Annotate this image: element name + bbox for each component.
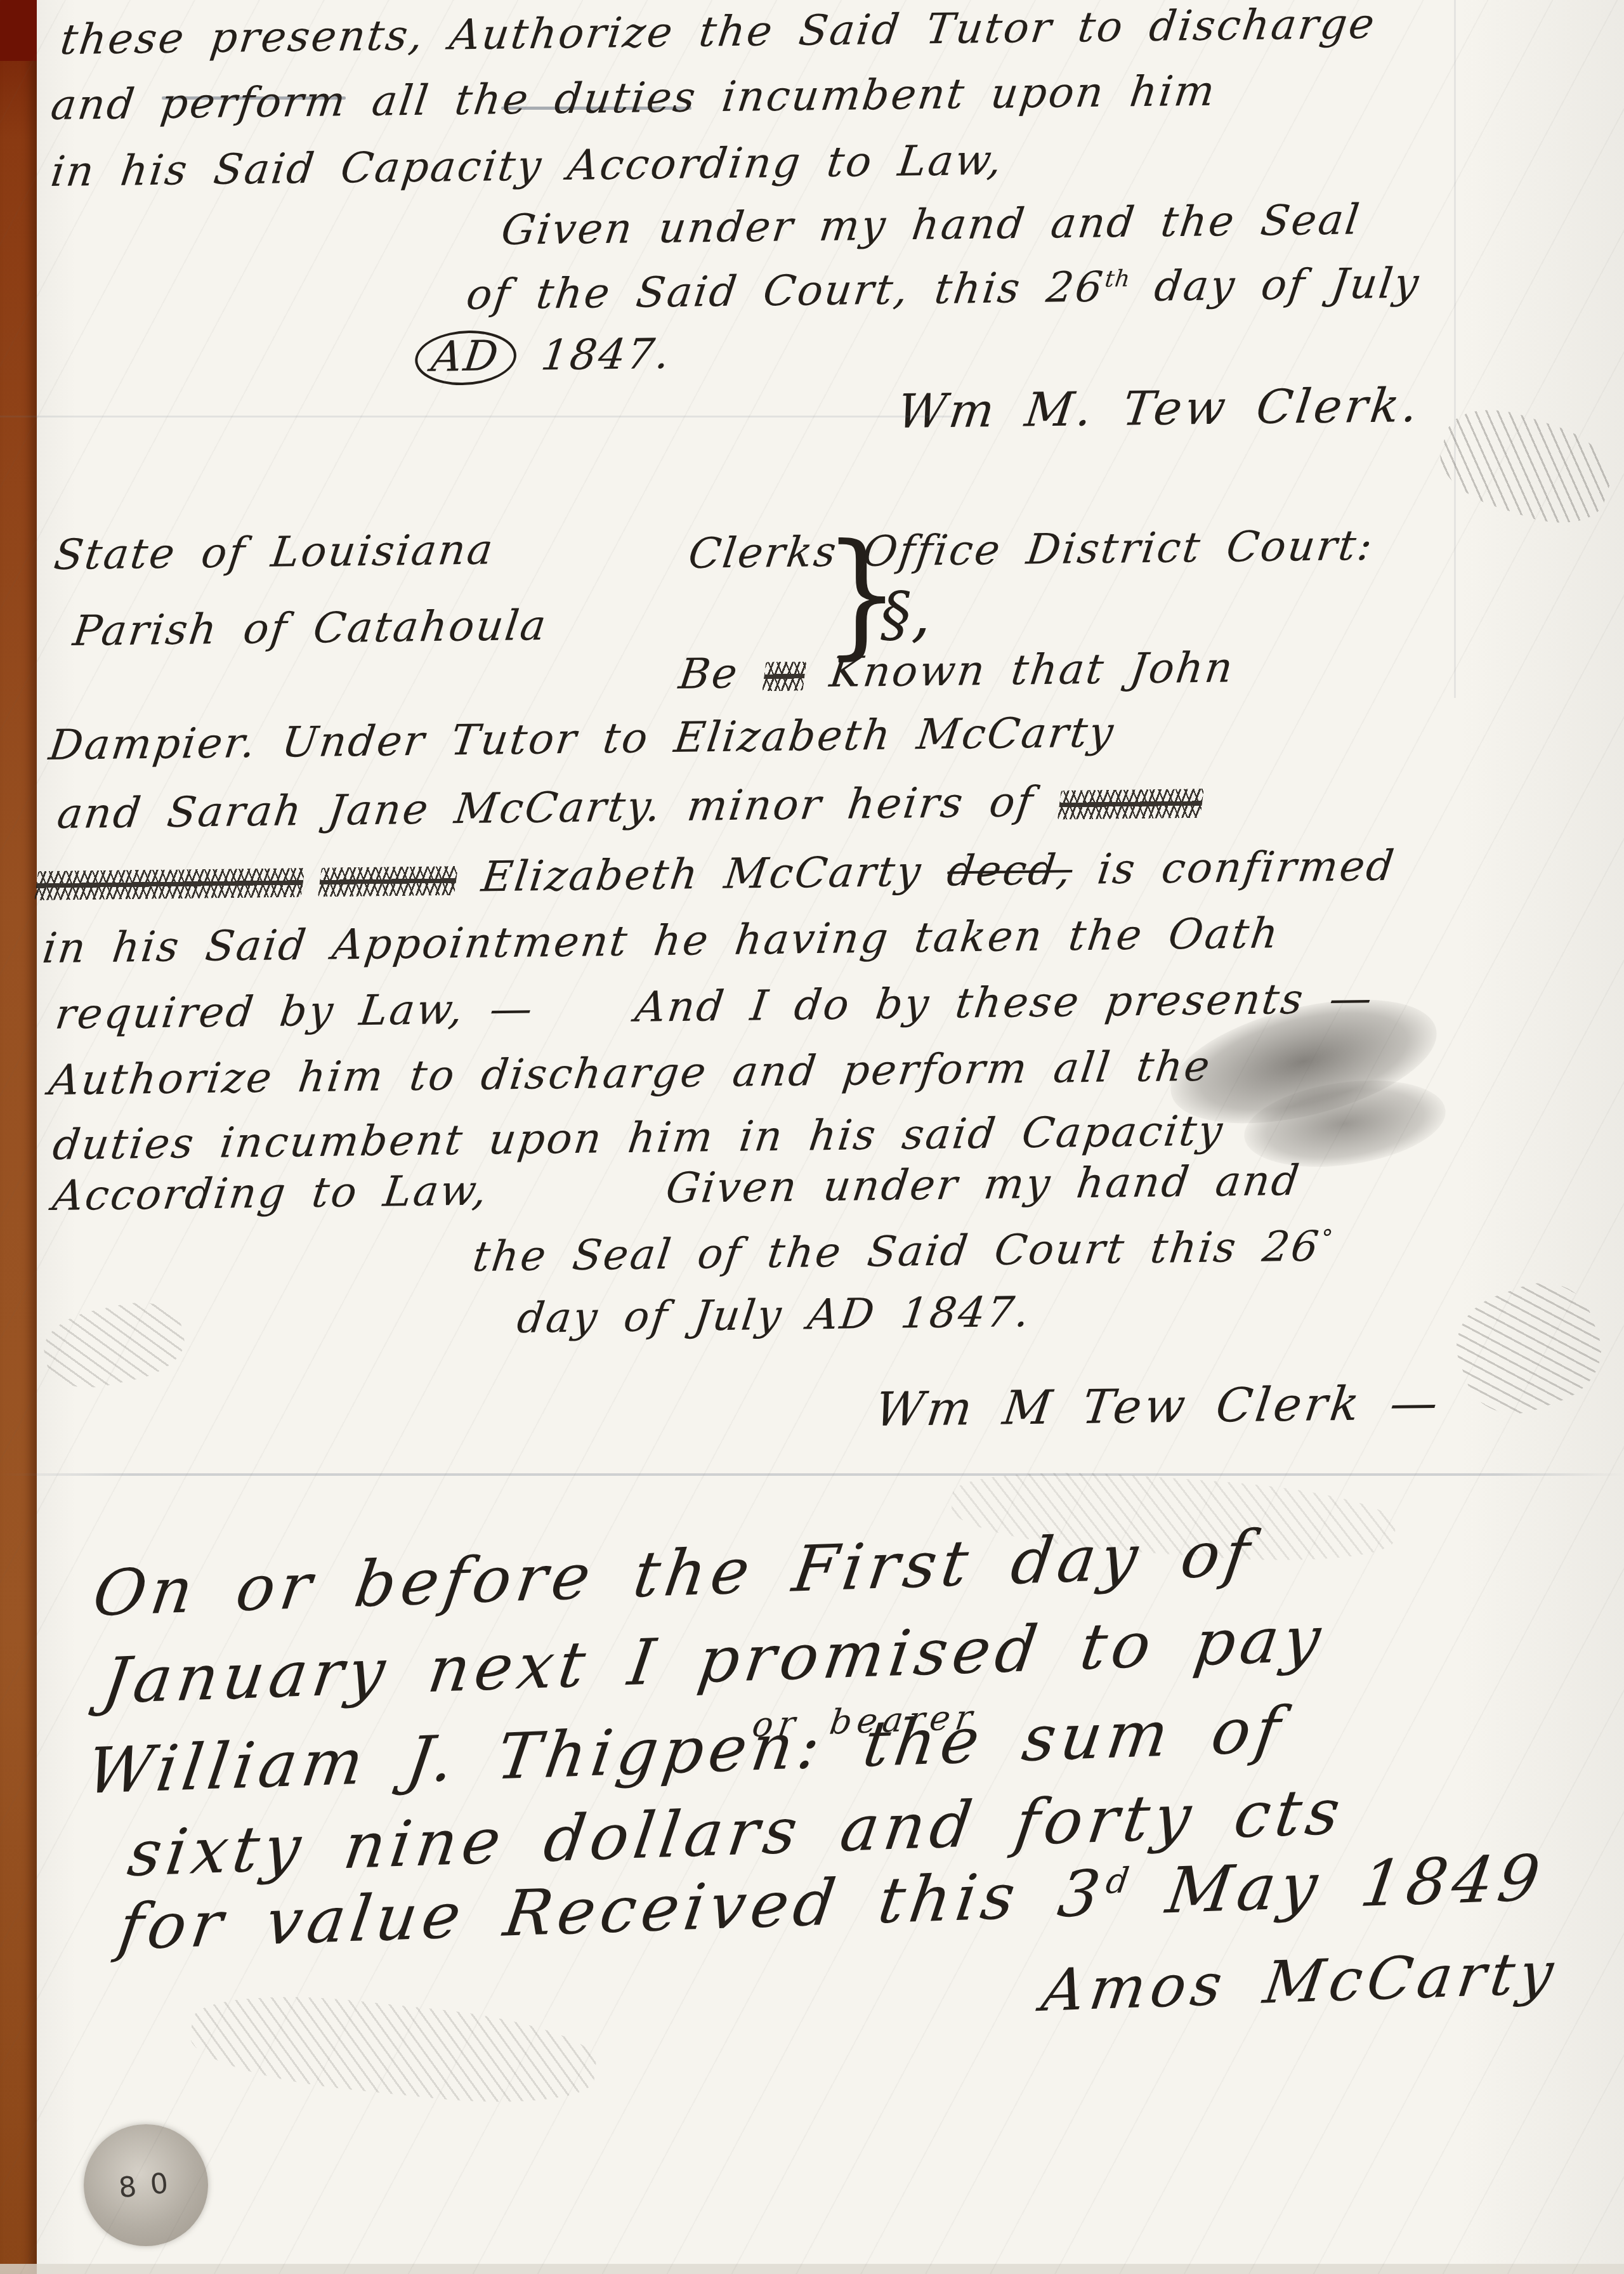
handwritten-line: in his Said Capacity According to Law, [49,140,1006,193]
scan-bottom-edge [0,2264,1624,2274]
handwritten-line: Dampier. Under Tutor to Elizabeth McCart… [47,712,1118,766]
text-segment: Elizabeth McCarty [454,846,951,901]
fold-line [1454,0,1456,698]
handwritten-line: According to Law, Given under my hand an… [51,1160,1304,1217]
page-number-stamp: 80 [84,2124,208,2246]
pencil-smudge [1429,395,1621,538]
handwritten-line: Be Known that John [677,647,1237,695]
handwritten-line: Elizabeth McCarty decd, is confirmed [34,845,1398,904]
text-segment: is confirmed [1070,841,1399,894]
date-text: of the Said Court, this 26 [464,263,1107,319]
handwritten-line: duties incumbent upon him in his said Ca… [51,1110,1227,1166]
book-binding-edge-dark-corner [0,0,37,61]
book-binding-edge [0,0,37,2274]
fold-line [0,416,952,417]
state-caption: State of Louisiana [52,529,497,576]
scribble-crossout-mark [762,662,806,692]
handwritten-line: day of July AD 1847. [515,1291,1034,1339]
handwritten-line: in his Said Appointment he having taken … [41,912,1283,969]
page-number: 80 [108,2166,184,2205]
handwritten-line: the Seal of the Said Court this 26° [471,1225,1335,1278]
fold-line [0,1473,1624,1476]
scanned-document-page: these presents, Authorize the Said Tutor… [0,0,1624,2274]
handwritten-line: Given under my hand and the Seal [499,199,1364,251]
maker-signature: Amos McCarty [1038,1944,1562,2020]
struck-text: decd, [945,845,1076,895]
handwritten-line: AD 1847. [412,328,674,386]
pencil-smudge [1443,1268,1615,1429]
scribble-crossout-mark [318,866,458,897]
date-text: the Seal of the Said Court this 26 [470,1222,1323,1281]
ordinal-superscript: th [1103,265,1132,292]
ordinal-superscript: ° [1319,1224,1335,1251]
parish-caption: Parish of Catahoula [71,605,551,652]
date-text: May 1849 [1122,1841,1549,1929]
office-heading: Clerks Office District Court: [686,525,1377,575]
clerk-signature: Wm M Tew Clerk — [873,1379,1444,1433]
handwritten-line: Authorize him to discharge and perform a… [47,1046,1214,1101]
scilicet-mark: §, [881,579,931,650]
text-segment: and Sarah Jane McCarty. minor heirs of [55,777,1063,838]
scribble-crossout-mark [1058,789,1204,820]
date-text: day of July [1126,259,1423,312]
clerk-signature: Wm M. Tew Clerk. [895,382,1424,435]
pencil-smudge [187,1984,599,2115]
handwritten-line: required by Law, — And I do by these pre… [53,978,1377,1035]
handwritten-line: and Sarah Jane McCarty. minor heirs of [55,779,1205,835]
text-segment: Be [676,648,768,699]
scribble-crossout-mark [34,868,305,900]
handwritten-line: of the Said Court, this 26th day of July [464,263,1423,316]
year-text: 1847. [513,329,674,380]
pencil-smudge [38,1293,190,1397]
circled-anno-domini: AD [412,330,520,386]
handwritten-line: these presents, Authorize the Said Tutor… [58,3,1378,61]
handwritten-line: and perform all the duties incumbent upo… [49,70,1219,126]
text-segment: Known that John [802,643,1238,697]
